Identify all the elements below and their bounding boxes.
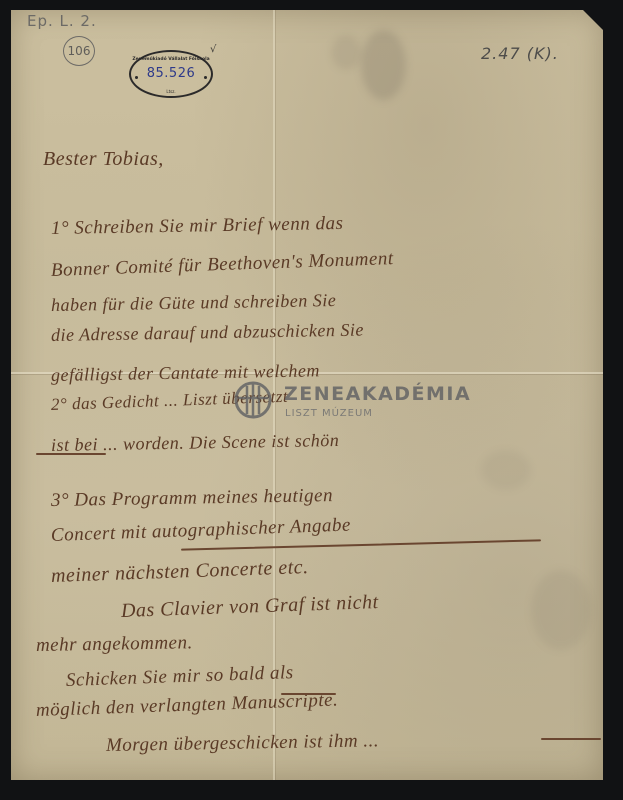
letter-line: Schicken Sie mir so bald als	[66, 662, 294, 692]
stamp-dot	[135, 76, 138, 79]
watermark-subtitle: LISZT MÚZEUM	[285, 408, 373, 419]
paper-stain	[531, 570, 591, 650]
paper-stain	[361, 30, 406, 100]
letter-line: 3° Das Programm meines heutigen	[51, 485, 333, 512]
letter-line: die Adresse darauf und abzuschicken Sie	[51, 320, 364, 346]
folio-number: 106	[68, 44, 91, 58]
archive-stamp: Zeneműkiadó Vállalat Főiskola 85.526 Lts…	[129, 50, 213, 98]
torn-corner	[582, 9, 604, 31]
letter-line: mehr angekommen.	[36, 632, 193, 657]
stamp-institution: Zeneműkiadó Vállalat Főiskola	[131, 57, 211, 62]
watermark-title: ZENEAKADÉMIA	[284, 383, 471, 405]
check-mark: √	[210, 44, 216, 55]
paper-stain	[331, 35, 361, 70]
stamp-inventory-number: 85.526	[131, 66, 211, 81]
zeneakademia-watermark: ZENEAKADÉMIA LISZT MÚZEUM	[221, 370, 551, 440]
letter-line: 1° Schreiben Sie mir Brief wenn das	[51, 213, 344, 240]
stamp-label: Ltsz.	[131, 89, 211, 94]
underline-stroke	[181, 539, 541, 550]
strikethrough-stroke	[541, 738, 601, 740]
paper-stain	[481, 450, 531, 490]
underline-stroke	[36, 453, 106, 455]
circled-folio-number: 106	[63, 36, 95, 66]
letter-line: meiner nächsten Concerte etc.	[51, 556, 309, 588]
letter-line: haben für die Güte und schreiben Sie	[51, 290, 337, 316]
shelfmark: Ep. L. 2.	[27, 12, 97, 30]
letter-page: Ep. L. 2. 106 Zeneműkiadó Vállalat Főisk…	[11, 10, 603, 780]
salutation: Bester Tobias,	[43, 148, 164, 171]
letter-line: Bonner Comité für Beethoven's Monument	[51, 248, 394, 282]
lyre-logo-icon	[233, 380, 273, 420]
letter-line: Das Clavier von Graf ist nicht	[121, 591, 379, 623]
strikethrough-stroke	[281, 693, 336, 695]
catalog-reference: 2.47 (K).	[481, 44, 559, 63]
stamp-dot	[204, 76, 207, 79]
letter-line: Concert mit autographischer Angabe	[51, 515, 352, 547]
letter-line: Morgen übergeschicken ist ihm ...	[106, 730, 379, 757]
